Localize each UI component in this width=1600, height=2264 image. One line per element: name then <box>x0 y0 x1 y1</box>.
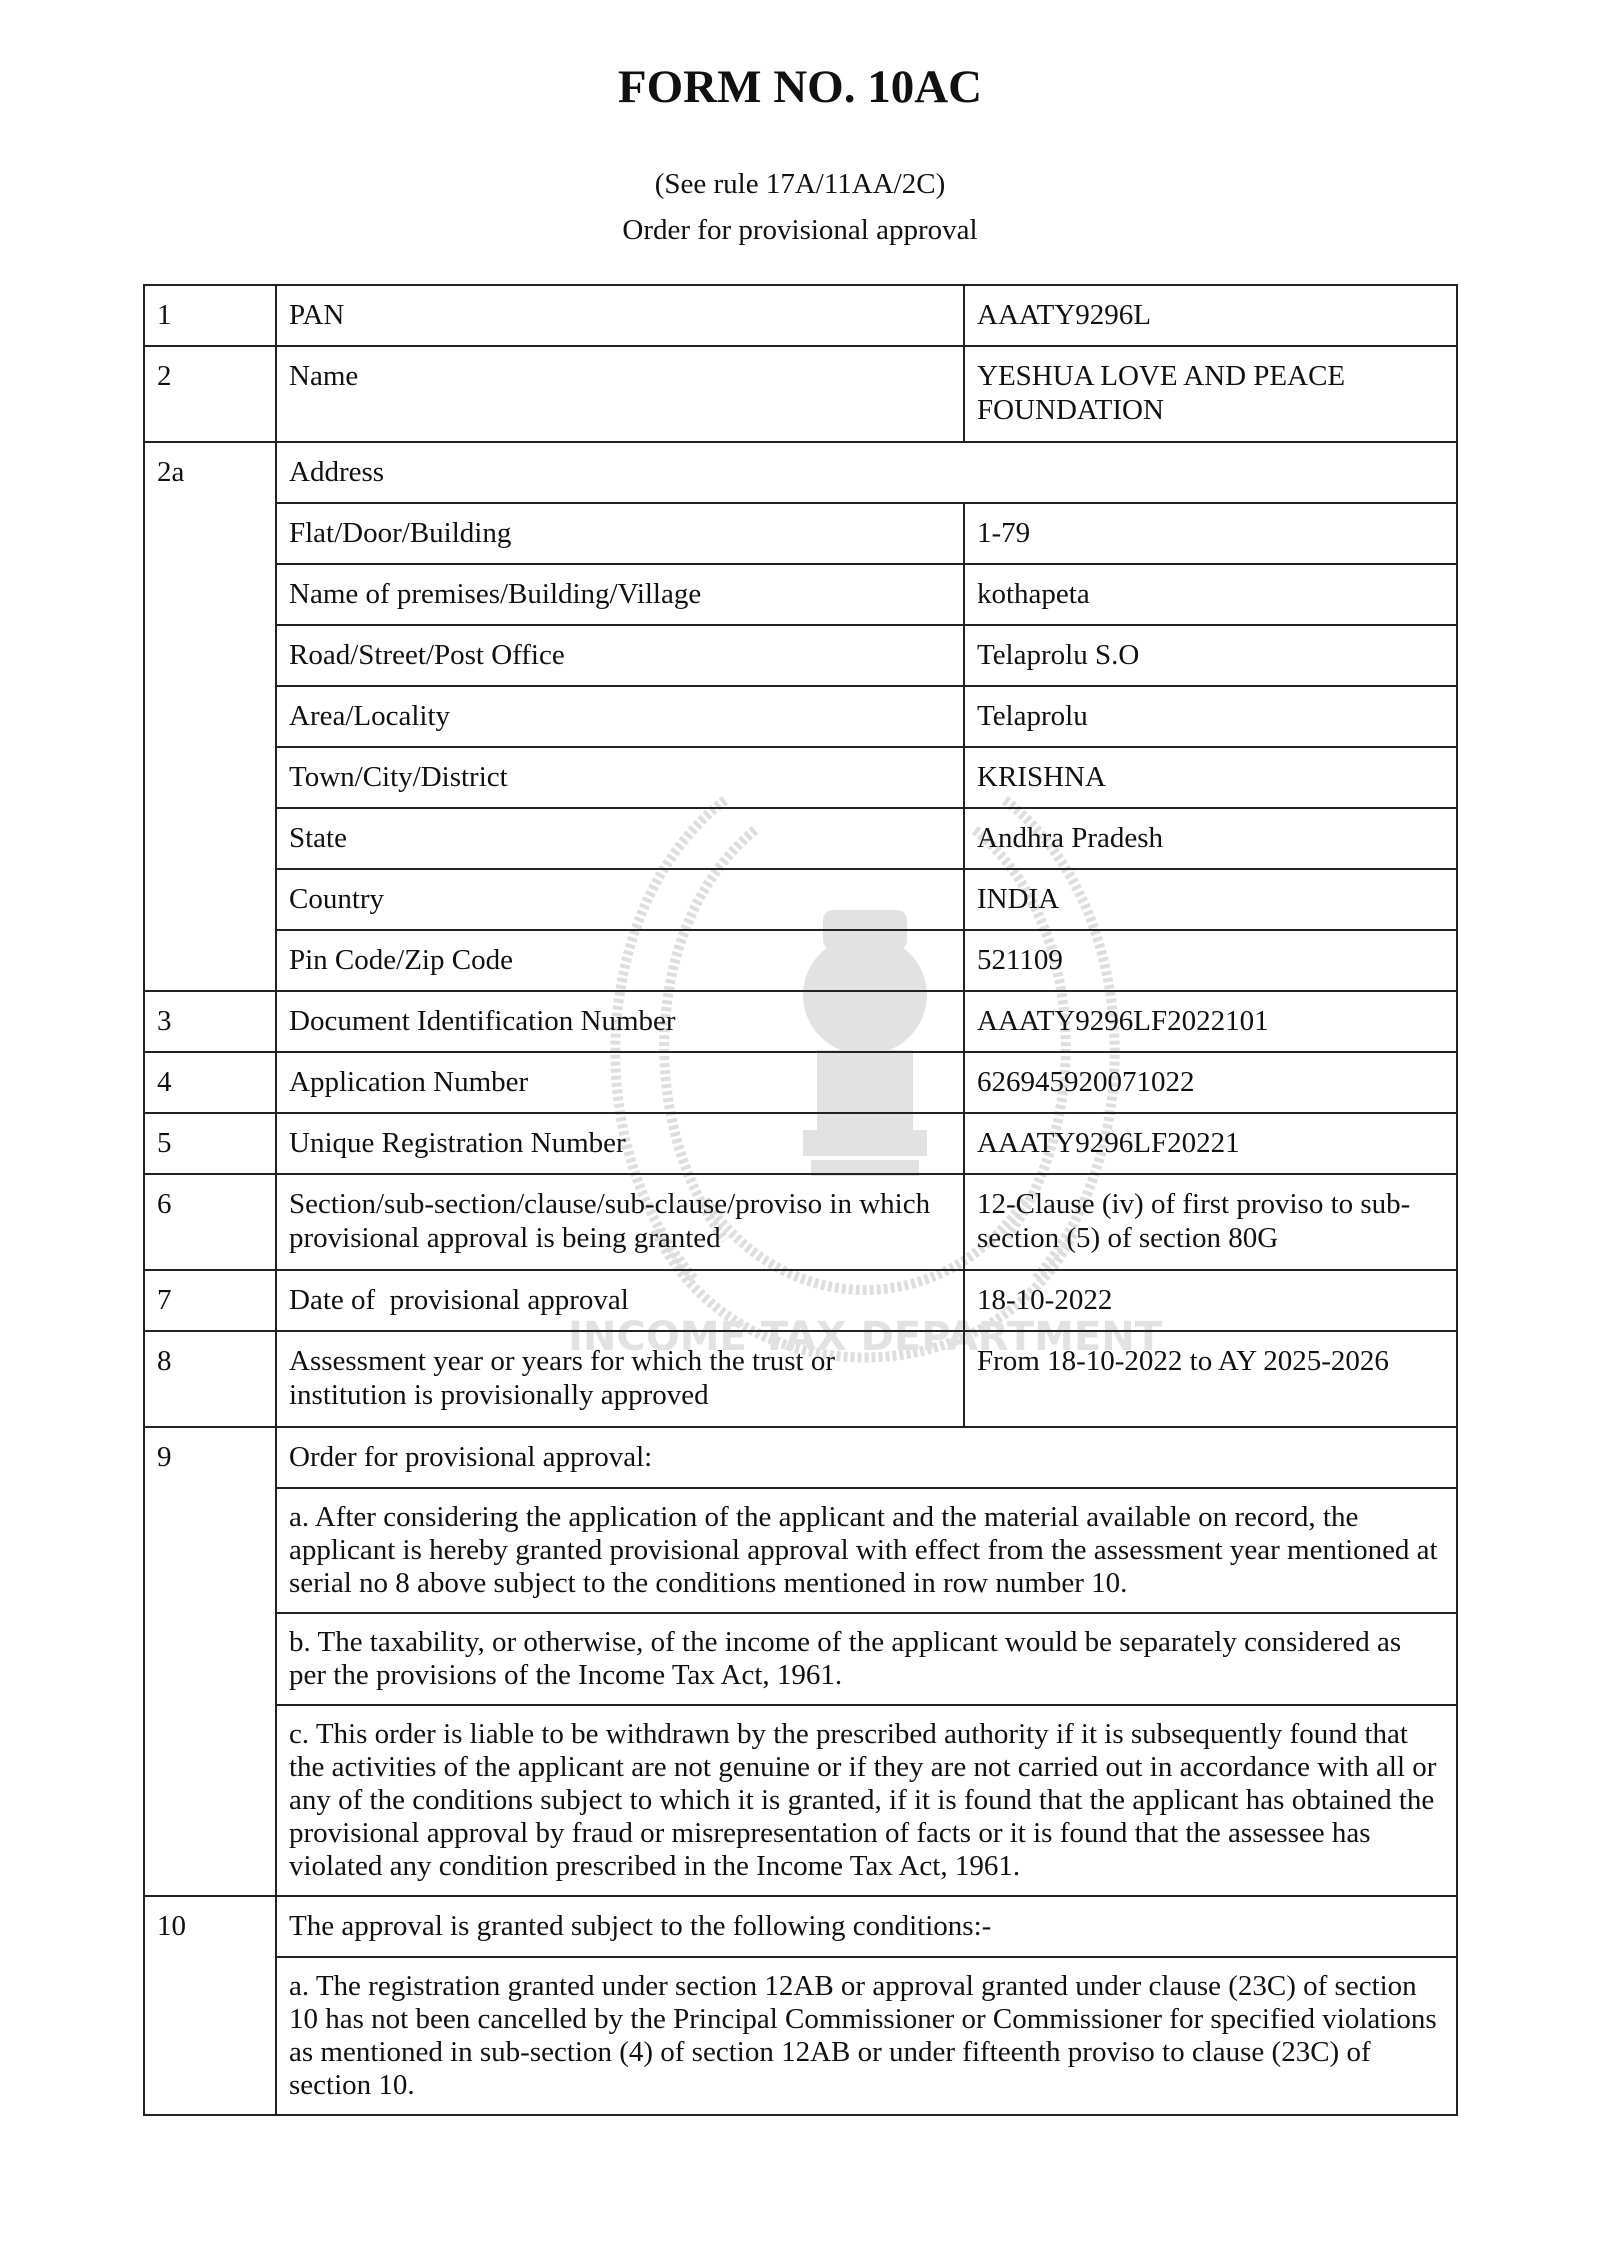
field-label: Country <box>276 869 964 930</box>
order-paragraph-c: c. This order is liable to be withdrawn … <box>276 1705 1457 1896</box>
field-label: Section/sub-section/clause/sub-clause/pr… <box>276 1174 964 1270</box>
field-label: Pin Code/Zip Code <box>276 930 964 991</box>
serial-number: 8 <box>144 1331 276 1427</box>
form-subtitle: Order for provisional approval <box>0 214 1600 247</box>
name-value: YESHUA LOVE AND PEACE FOUNDATION <box>964 346 1457 442</box>
table-row: Area/Locality Telaprolu <box>144 686 1457 747</box>
serial-number: 9 <box>144 1427 276 1896</box>
area-value: Telaprolu <box>964 686 1457 747</box>
order-paragraph-b: b. The taxability, or otherwise, of the … <box>276 1613 1457 1705</box>
application-number-value: 626945920071022 <box>964 1052 1457 1113</box>
serial-number: 6 <box>144 1174 276 1270</box>
section-value: 12-Clause (iv) of first proviso to sub-s… <box>964 1174 1457 1270</box>
field-label: Date of provisional approval <box>276 1270 964 1331</box>
table-row: 6 Section/sub-section/clause/sub-clause/… <box>144 1174 1457 1270</box>
serial-number: 5 <box>144 1113 276 1174</box>
state-value: Andhra Pradesh <box>964 808 1457 869</box>
serial-number: 2 <box>144 346 276 442</box>
pan-value: AAATY9296L <box>964 285 1457 346</box>
urn-value: AAATY9296LF20221 <box>964 1113 1457 1174</box>
field-label: Assessment year or years for which the t… <box>276 1331 964 1427</box>
table-row: Flat/Door/Building 1-79 <box>144 503 1457 564</box>
condition-paragraph-a: a. The registration granted under sectio… <box>276 1957 1457 2115</box>
assessment-year-value: From 18-10-2022 to AY 2025-2026 <box>964 1331 1457 1427</box>
serial-number: 4 <box>144 1052 276 1113</box>
serial-number: 3 <box>144 991 276 1052</box>
serial-number: 2a <box>144 442 276 991</box>
table-row: Country INDIA <box>144 869 1457 930</box>
table-row: 4 Application Number 626945920071022 <box>144 1052 1457 1113</box>
town-value: KRISHNA <box>964 747 1457 808</box>
field-label: Name <box>276 346 964 442</box>
road-value: Telaprolu S.O <box>964 625 1457 686</box>
serial-number: 7 <box>144 1270 276 1331</box>
order-paragraph-a: a. After considering the application of … <box>276 1488 1457 1613</box>
field-label: Unique Registration Number <box>276 1113 964 1174</box>
rule-reference: (See rule 17A/11AA/2C) <box>0 168 1600 201</box>
field-label: Flat/Door/Building <box>276 503 964 564</box>
premises-value: kothapeta <box>964 564 1457 625</box>
table-row: 2 Name YESHUA LOVE AND PEACE FOUNDATION <box>144 346 1457 442</box>
field-label: Application Number <box>276 1052 964 1113</box>
order-heading: Order for provisional approval: <box>276 1427 1457 1488</box>
field-label: PAN <box>276 285 964 346</box>
table-row: c. This order is liable to be withdrawn … <box>144 1705 1457 1896</box>
table-row: 1 PAN AAATY9296L <box>144 285 1457 346</box>
table-row: a. After considering the application of … <box>144 1488 1457 1613</box>
table-row: b. The taxability, or otherwise, of the … <box>144 1613 1457 1705</box>
field-label: Town/City/District <box>276 747 964 808</box>
table-row: Name of premises/Building/Village kothap… <box>144 564 1457 625</box>
table-row: State Andhra Pradesh <box>144 808 1457 869</box>
table-row: 9 Order for provisional approval: <box>144 1427 1457 1488</box>
approval-details-table: 1 PAN AAATY9296L 2 Name YESHUA LOVE AND … <box>143 284 1458 2116</box>
table-row: Town/City/District KRISHNA <box>144 747 1457 808</box>
table-row: 7 Date of provisional approval 18-10-202… <box>144 1270 1457 1331</box>
table-row: a. The registration granted under sectio… <box>144 1957 1457 2115</box>
table-row: 5 Unique Registration Number AAATY9296LF… <box>144 1113 1457 1174</box>
conditions-heading: The approval is granted subject to the f… <box>276 1896 1457 1957</box>
address-heading: Address <box>276 442 1457 503</box>
din-value: AAATY9296LF2022101 <box>964 991 1457 1052</box>
field-label: State <box>276 808 964 869</box>
approval-date-value: 18-10-2022 <box>964 1270 1457 1331</box>
pincode-value: 521109 <box>964 930 1457 991</box>
flat-value: 1-79 <box>964 503 1457 564</box>
table-row: 3 Document Identification Number AAATY92… <box>144 991 1457 1052</box>
field-label: Document Identification Number <box>276 991 964 1052</box>
country-value: INDIA <box>964 869 1457 930</box>
serial-number: 10 <box>144 1896 276 2115</box>
table-row: 8 Assessment year or years for which the… <box>144 1331 1457 1427</box>
field-label: Name of premises/Building/Village <box>276 564 964 625</box>
table-row: 2a Address <box>144 442 1457 503</box>
serial-number: 1 <box>144 285 276 346</box>
table-row: Road/Street/Post Office Telaprolu S.O <box>144 625 1457 686</box>
table-row: Pin Code/Zip Code 521109 <box>144 930 1457 991</box>
table-row: 10 The approval is granted subject to th… <box>144 1896 1457 1957</box>
form-title: FORM NO. 10AC <box>0 60 1600 114</box>
field-label: Area/Locality <box>276 686 964 747</box>
field-label: Road/Street/Post Office <box>276 625 964 686</box>
